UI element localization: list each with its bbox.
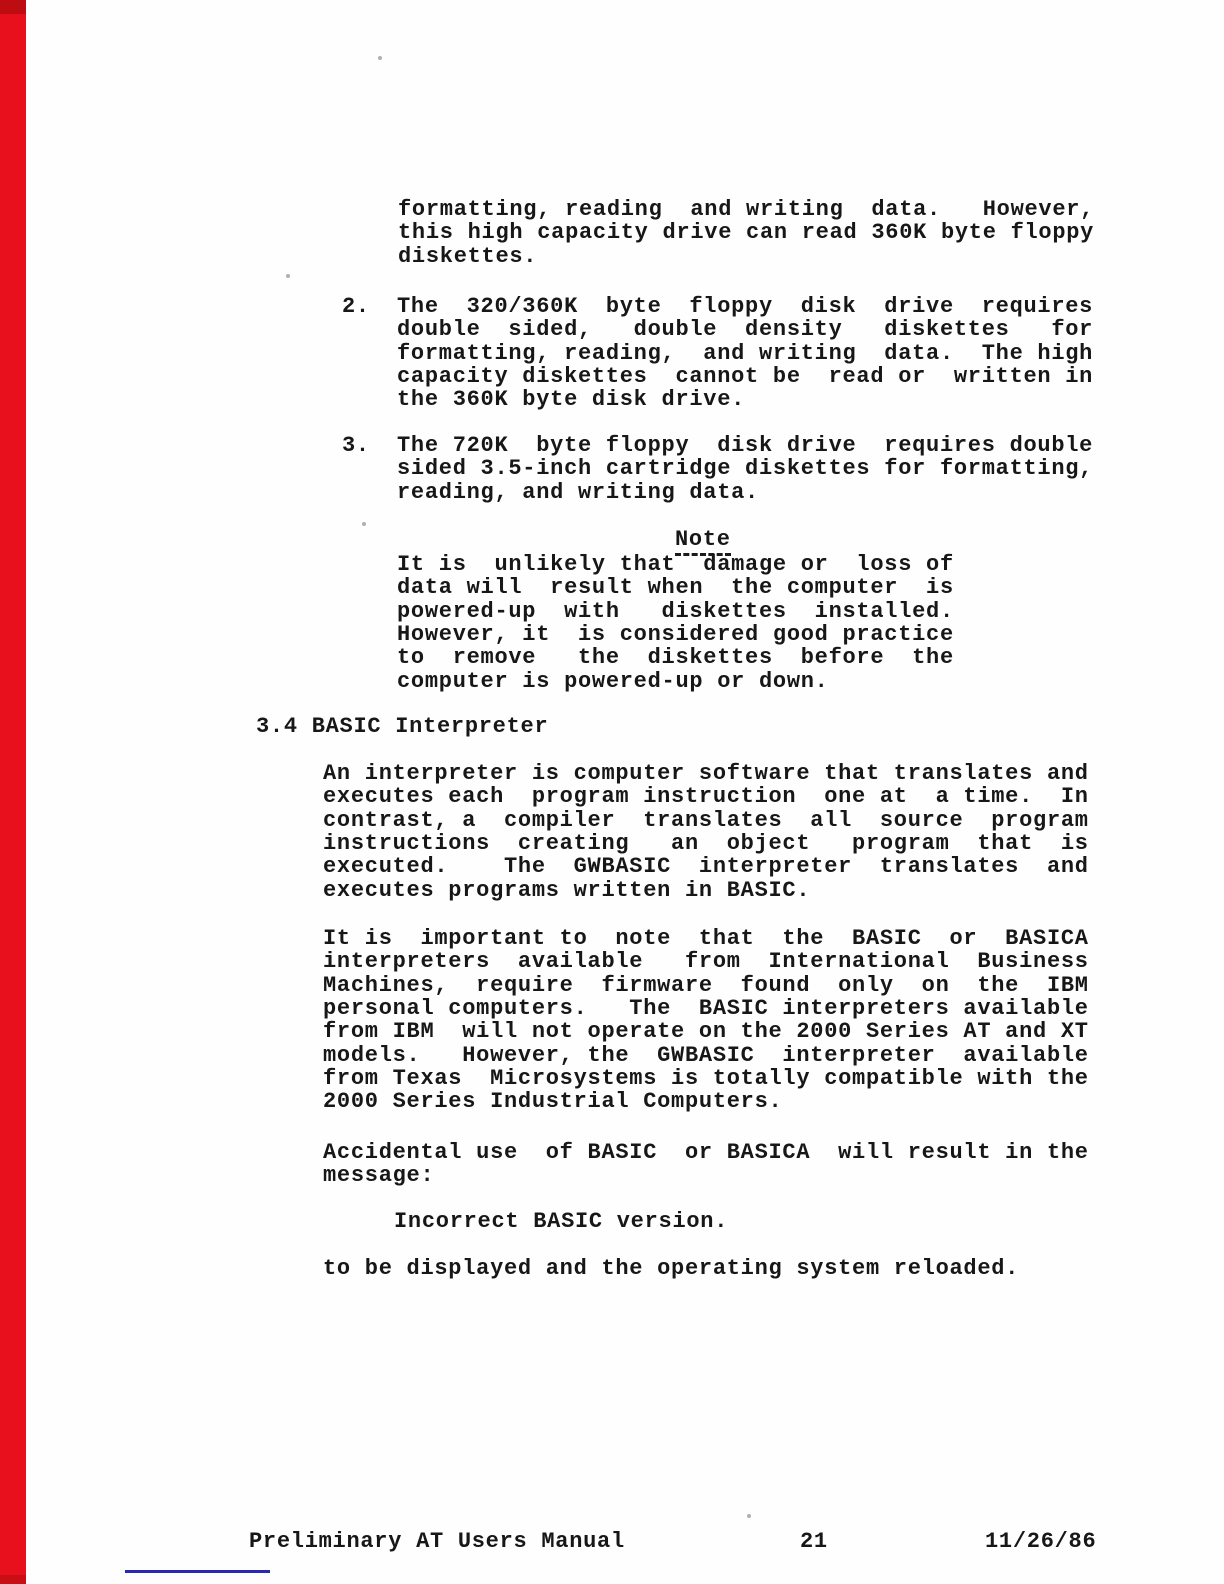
- error-message-line: Incorrect BASIC version.: [394, 1210, 728, 1233]
- scan-speckle: [747, 1514, 751, 1518]
- list-item-3-number: 3.: [342, 434, 370, 457]
- scan-speckle: [378, 56, 382, 60]
- list-item-3-text: The 720K byte floppy disk drive requires…: [397, 434, 1093, 504]
- intro-continuation-paragraph: formatting, reading and writing data. Ho…: [398, 198, 1094, 268]
- footer-title: Preliminary AT Users Manual: [249, 1530, 625, 1553]
- section-paragraph-2: It is important to note that the BASIC o…: [323, 927, 1089, 1114]
- section-paragraph-1: An interpreter is computer software that…: [323, 762, 1089, 902]
- note-heading: Note: [675, 528, 731, 551]
- scan-speckle: [286, 274, 290, 278]
- scan-speckle: [362, 522, 366, 526]
- list-item-2-number: 2.: [342, 295, 370, 318]
- note-body: It is unlikely that damage or loss of da…: [397, 553, 954, 693]
- closing-line: to be displayed and the operating system…: [323, 1257, 1019, 1280]
- list-item-2-text: The 320/360K byte floppy disk drive requ…: [397, 295, 1093, 412]
- red-stripe-dark-top: [0, 0, 26, 14]
- section-heading: 3.4 BASIC Interpreter: [256, 715, 548, 738]
- footer-date: 11/26/86: [985, 1530, 1096, 1553]
- scanned-manual-page: formatting, reading and writing data. Ho…: [0, 0, 1224, 1584]
- footer-blue-line: [125, 1570, 270, 1573]
- section-paragraph-3: Accidental use of BASIC or BASICA will r…: [323, 1141, 1089, 1188]
- footer-page-number: 21: [800, 1530, 828, 1553]
- scan-edge-red-stripe: [0, 0, 26, 1584]
- red-stripe-dark-bottom: [0, 1575, 26, 1584]
